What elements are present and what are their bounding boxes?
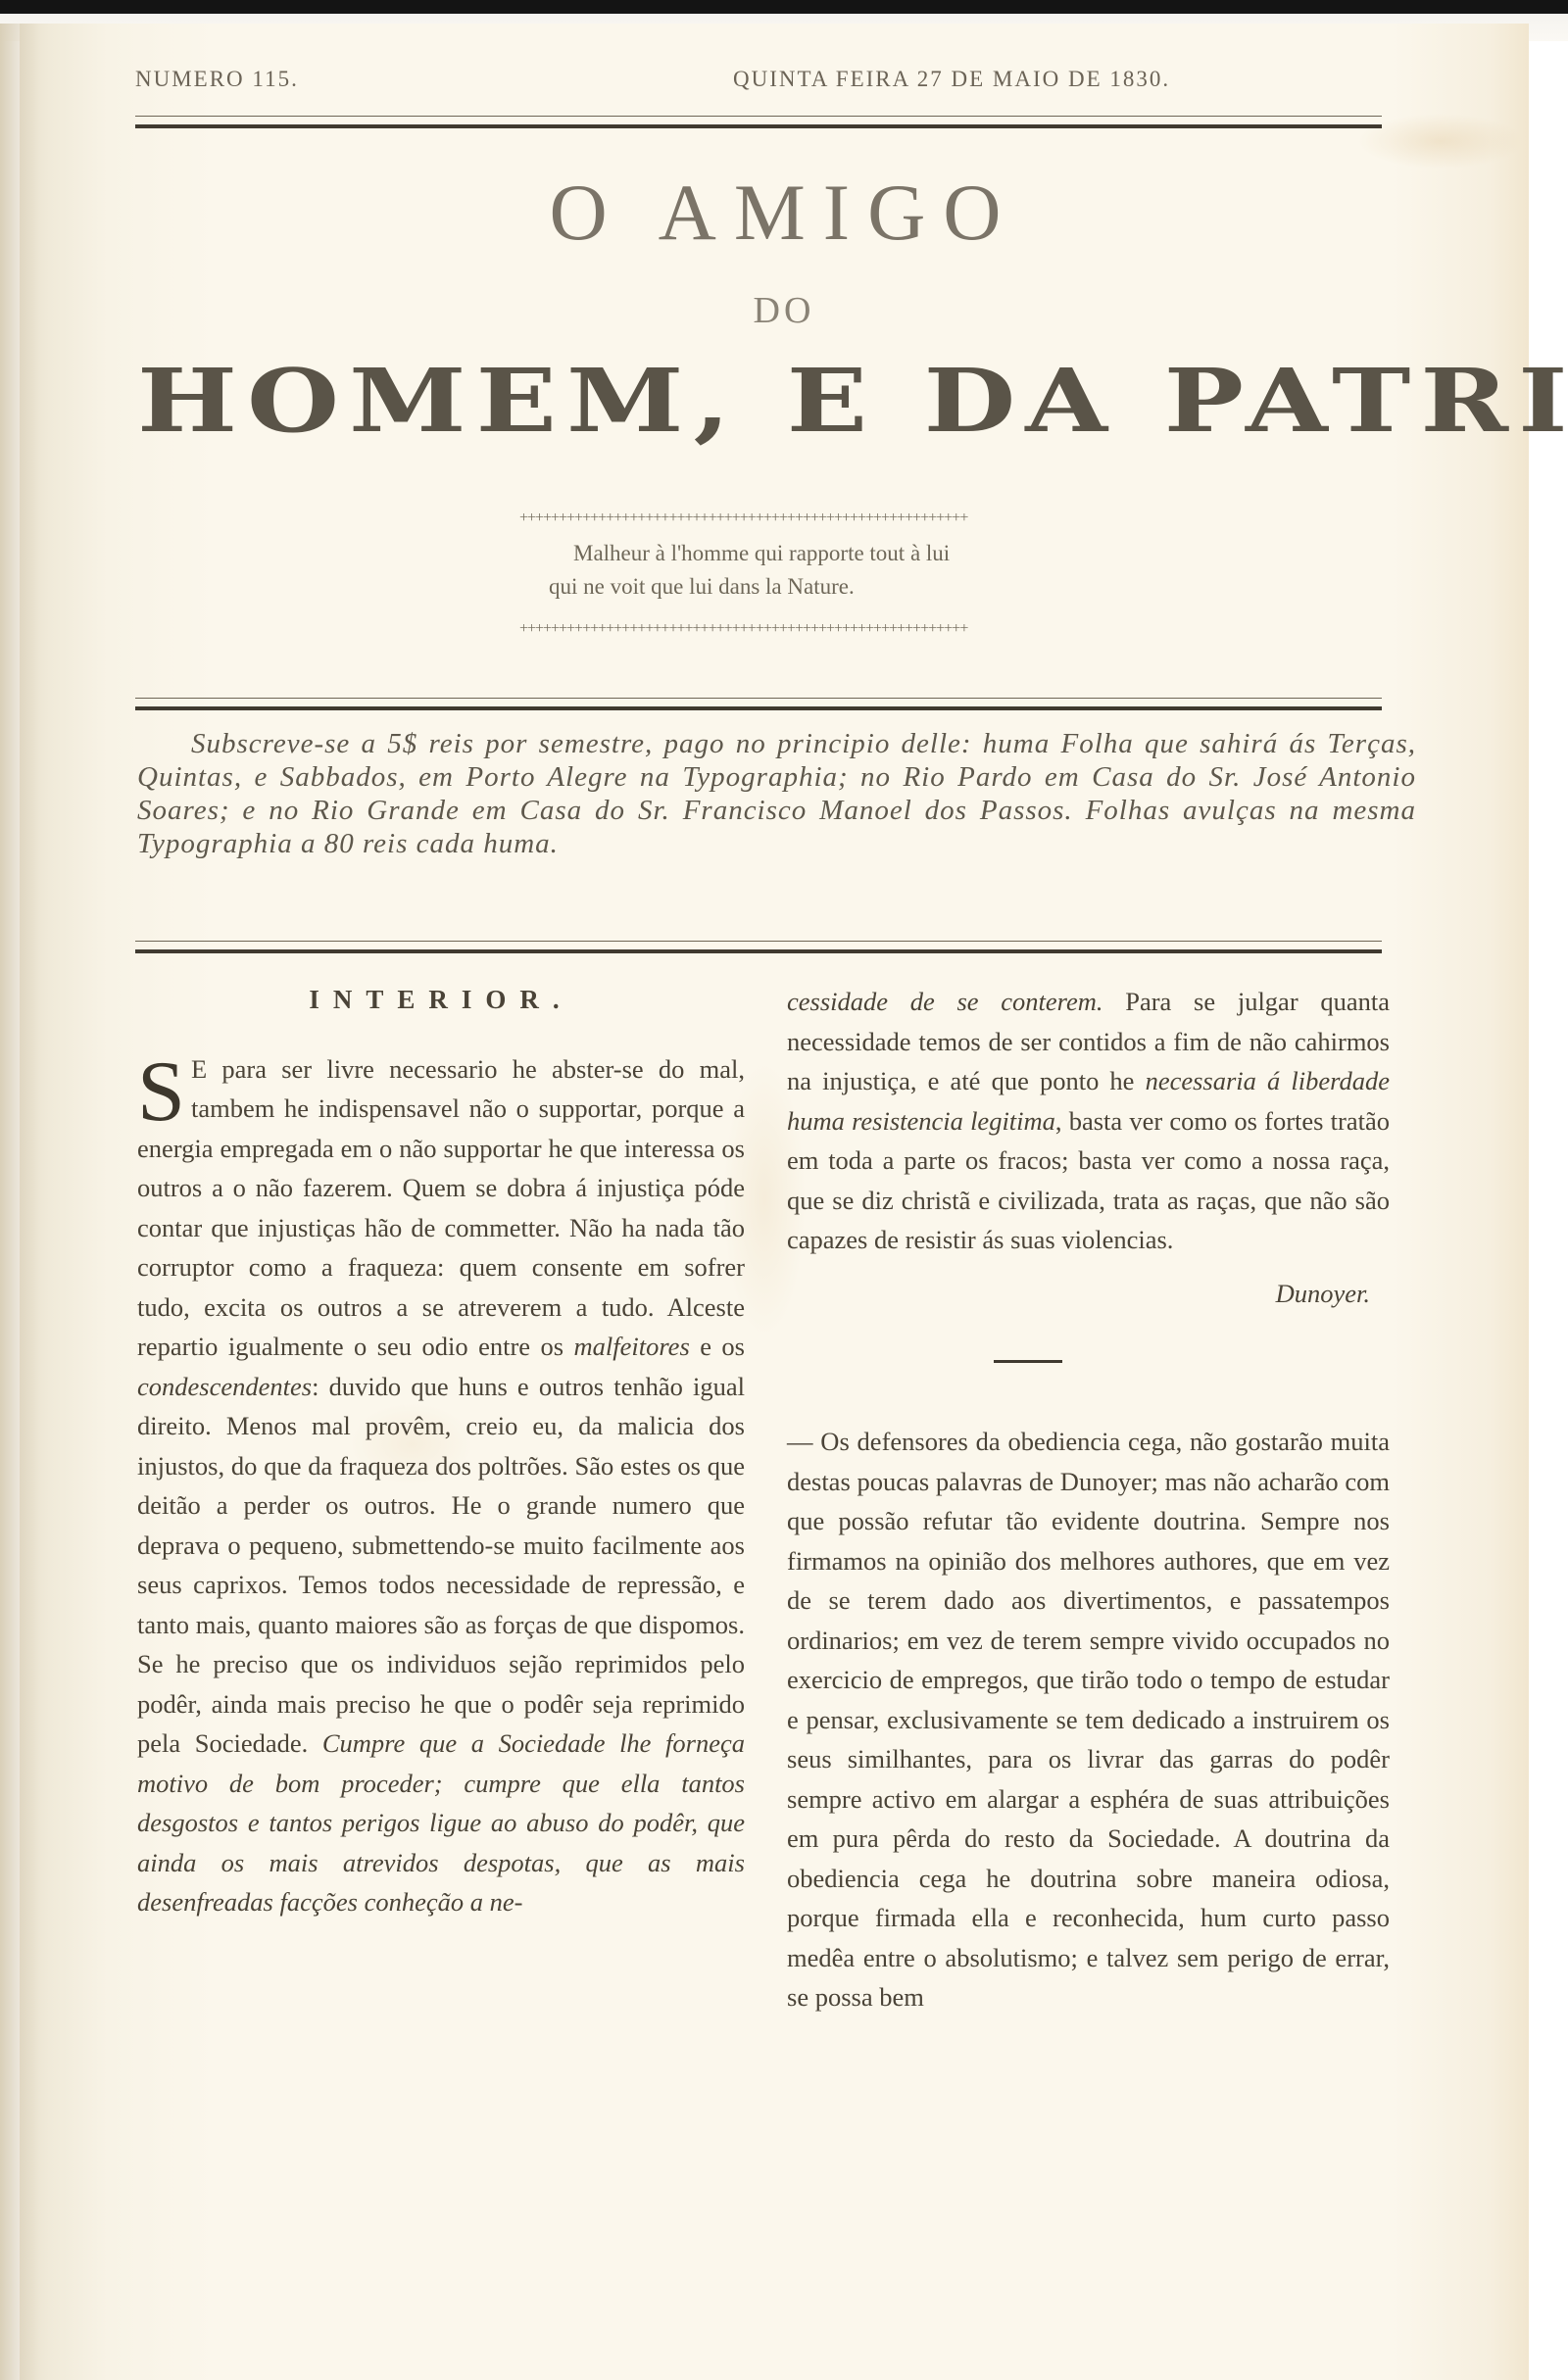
- masthead-line: NUMERO 115. QUINTA FEIRA 27 DE MAIO DE 1…: [135, 59, 1392, 98]
- text-run: E para ser livre necessario he abster-se…: [137, 1054, 745, 1362]
- subscription-rule-top: [135, 698, 1382, 710]
- text-run: : duvido que huns e outros tenhão igual …: [137, 1372, 745, 1759]
- motto-line-2: qui ne voit que lui dans la Nature.: [549, 574, 855, 599]
- issue-number: NUMERO 115.: [135, 67, 299, 92]
- motto-line-1: Malheur à l'homme qui rapporte tout à lu…: [549, 537, 1019, 570]
- drop-cap: S: [137, 1059, 185, 1126]
- italic-run: malfeitores: [574, 1332, 690, 1361]
- ornament-rule-bottom: ++++++++++++++++++++++++++++++++++++++++…: [519, 620, 1019, 636]
- subscription-notice: Subscreve-se a 5$ reis por semestre, pag…: [137, 727, 1416, 860]
- article-column-right: cessidade de se conterem. Para se julgar…: [787, 982, 1390, 2017]
- title-line-1: O AMIGO: [0, 167, 1568, 259]
- article-column-left: INTERIOR. SE para ser livre necessario h…: [137, 980, 745, 1922]
- title-line-3: HOMEM, E DA PATRIA.: [137, 351, 1401, 452]
- subscription-rule-bottom: [135, 941, 1382, 953]
- italic-run: cessidade de se conterem.: [787, 987, 1103, 1016]
- binding-shadow: [0, 24, 39, 2380]
- issue-date: QUINTA FEIRA 27 DE MAIO DE 1830.: [733, 67, 1170, 92]
- author-signature: Dunoyer.: [787, 1274, 1370, 1314]
- ornament-rule-top: ++++++++++++++++++++++++++++++++++++++++…: [519, 510, 1019, 525]
- italic-run: condescendentes: [137, 1372, 312, 1401]
- commentary-paragraph: — Os defensores da obediencia cega, não …: [787, 1422, 1390, 2017]
- article-paragraph: SE para ser livre necessario he abster-s…: [137, 1049, 745, 1922]
- scanner-border: [0, 0, 1568, 14]
- title-line-2: DO: [0, 289, 1568, 332]
- motto: Malheur à l'homme qui rapporte tout à lu…: [549, 537, 1019, 604]
- section-heading: INTERIOR.: [137, 980, 745, 1020]
- section-divider: [994, 1360, 1062, 1363]
- article-paragraph-continued: cessidade de se conterem. Para se julgar…: [787, 982, 1390, 1260]
- text-run: e os: [690, 1332, 745, 1361]
- masthead-rule: [135, 116, 1382, 128]
